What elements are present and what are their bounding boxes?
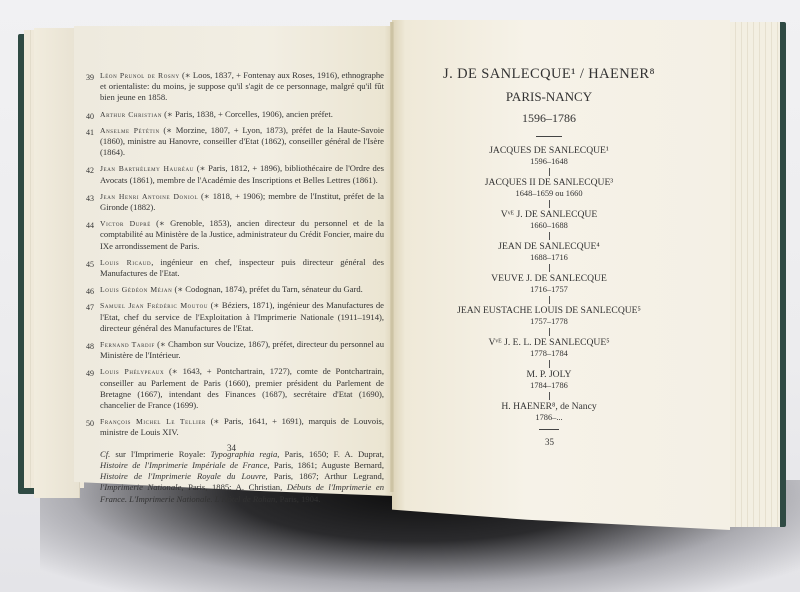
page-stack-left-inner xyxy=(34,28,80,498)
footnote-number: 46 xyxy=(86,286,94,297)
footnote-name: Samuel Jean Frédéric Moutou xyxy=(100,301,208,310)
footnote-number: 50 xyxy=(86,418,94,429)
connector-line xyxy=(549,264,550,272)
footnote-number: 39 xyxy=(86,72,94,83)
page-number-left: 34 xyxy=(227,443,236,453)
chapter-subtitle: PARIS-NANCY xyxy=(432,89,666,105)
genealogy-name: JACQUES II DE SANLECQUE³ xyxy=(432,177,666,188)
genealogy-entry: Vᵛᴱ J. DE SANLECQUE1660–1688 xyxy=(432,209,666,240)
footnote-name: Louis Phélypeaux xyxy=(100,367,164,376)
cf-text: , Paris, 1861; Auguste Bernard, xyxy=(267,460,384,470)
cf-text: , Paris, 1904. xyxy=(275,494,320,504)
footnote-entry: 44Victor Dupré (∗ Grenoble, 1853), ancie… xyxy=(88,218,384,252)
cf-text: , Paris, 1650; F. A. Duprat, xyxy=(277,449,384,459)
page-number-right: 35 xyxy=(545,437,554,447)
genealogy-name: Vᵛᴱ J. DE SANLECQUE xyxy=(432,209,666,220)
footnote-entry: 47Samuel Jean Frédéric Moutou (∗ Béziers… xyxy=(88,300,384,334)
footnote-entry: 45Louis Ricaud, ingénieur en chef, inspe… xyxy=(88,257,384,279)
right-page-text: J. DE SANLECQUE¹ / HAENER⁸ PARIS-NANCY 1… xyxy=(432,66,666,430)
footnote-entry: 49Louis Phélypeaux (∗ 1643, + Pontchartr… xyxy=(88,366,384,411)
genealogy-entry: JEAN DE SANLECQUE⁴1688–1716 xyxy=(432,241,666,272)
footnote-entry: 43Jean Henri Antoine Doniol (∗ 1818, + 1… xyxy=(88,191,384,213)
cf-title: Histoire de l'Imprimerie Impériale de Fr… xyxy=(100,460,267,470)
genealogy-entry: Vᵛᴱ J. E. L. DE SANLECQUE⁵1778–1784 xyxy=(432,337,666,368)
footnote-text: (∗ Paris, 1838, + Corcelles, 1906), anci… xyxy=(162,109,333,119)
footnote-number: 48 xyxy=(86,341,94,352)
footnote-entry: 39Léon Prunol de Rosny (∗ Loos, 1837, + … xyxy=(88,70,384,104)
connector-line xyxy=(549,168,550,176)
footnote-name: Louis Gédéon Méjan xyxy=(100,285,172,294)
footnote-number: 43 xyxy=(86,193,94,204)
connector-line xyxy=(549,232,550,240)
genealogy-years: 1660–1688 xyxy=(432,220,666,231)
genealogy-years: 1778–1784 xyxy=(432,348,666,359)
cf-title: Histoire de l'Imprimerie Royale du Louvr… xyxy=(100,471,266,481)
footnote-name: Fernand Tardif xyxy=(100,340,155,349)
genealogy-name: M. P. JOLY xyxy=(432,369,666,380)
footnote-name: François Michel Le Tellier xyxy=(100,417,206,426)
footnote-entry: 41Anselme Pététin (∗ Morzine, 1807, + Ly… xyxy=(88,125,384,159)
cf-title: l'Imprimerie Nationale xyxy=(100,482,181,492)
genealogy-entry: VEUVE J. DE SANLECQUE1716–1757 xyxy=(432,273,666,304)
footnote-number: 41 xyxy=(86,127,94,138)
left-page-text: 39Léon Prunol de Rosny (∗ Loos, 1837, + … xyxy=(88,70,384,505)
divider-rule xyxy=(536,136,562,137)
connector-line xyxy=(549,328,550,336)
genealogy-years: 1716–1757 xyxy=(432,284,666,295)
cf-text: , Paris, 1885; A. Christian, xyxy=(181,482,286,492)
genealogy-years: 1688–1716 xyxy=(432,252,666,263)
footnote-number: 49 xyxy=(86,368,94,379)
footnote-entry: 50François Michel Le Tellier (∗ Paris, 1… xyxy=(88,416,384,438)
genealogy-entry: JACQUES II DE SANLECQUE³1648–1659 ou 166… xyxy=(432,177,666,208)
footnote-number: 45 xyxy=(86,259,94,270)
footnote-name: Jean Barthélemy Hauréau xyxy=(100,164,194,173)
genealogy-name: Vᵛᴱ J. E. L. DE SANLECQUE⁵ xyxy=(432,337,666,348)
footnote-entry: 46Louis Gédéon Méjan (∗ Codognan, 1874),… xyxy=(88,284,384,295)
footnote-name: Léon Prunol de Rosny xyxy=(100,71,180,80)
footnote-number: 40 xyxy=(86,111,94,122)
end-rule xyxy=(539,429,559,430)
bibliography-note: Cf. sur l'Imprimerie Royale: Typographia… xyxy=(88,449,384,505)
connector-line xyxy=(549,200,550,208)
footnote-entry: 40Arthur Christian (∗ Paris, 1838, + Cor… xyxy=(88,109,384,120)
footnote-number: 42 xyxy=(86,165,94,176)
cf-title: Typographia regia xyxy=(211,449,278,459)
footnote-number: 47 xyxy=(86,302,94,313)
footnote-text: (∗ Codognan, 1874), préfet du Tarn, séna… xyxy=(172,284,363,294)
genealogy-name: JEAN EUSTACHE LOUIS DE SANLECQUE⁵ xyxy=(432,305,666,316)
genealogy-entry: JEAN EUSTACHE LOUIS DE SANLECQUE⁵1757–17… xyxy=(432,305,666,336)
genealogy-name: JEAN DE SANLECQUE⁴ xyxy=(432,241,666,252)
connector-line xyxy=(549,392,550,400)
footnote-name: Jean Henri Antoine Doniol xyxy=(100,192,198,201)
genealogy-years: 1784–1786 xyxy=(432,380,666,391)
chapter-title: J. DE SANLECQUE¹ / HAENER⁸ xyxy=(432,66,666,83)
footnote-name: Victor Dupré xyxy=(100,219,151,228)
cf-text: sur l'Imprimerie Royale: xyxy=(110,449,210,459)
genealogy-entry: M. P. JOLY1784–1786 xyxy=(432,369,666,400)
footnote-name: Louis Ricaud xyxy=(100,258,151,267)
genealogy-years: 1648–1659 ou 1660 xyxy=(432,188,666,199)
genealogy-years: 1786–... xyxy=(432,412,666,423)
footnote-entry: 48Fernand Tardif (∗ Chambon sur Voucize,… xyxy=(88,339,384,361)
genealogy-years: 1757–1778 xyxy=(432,316,666,327)
footnote-number: 44 xyxy=(86,220,94,231)
book-gutter xyxy=(390,22,394,492)
connector-line xyxy=(549,360,550,368)
footnote-entry: 42Jean Barthélemy Hauréau (∗ Paris, 1812… xyxy=(88,163,384,185)
chapter-years: 1596–1786 xyxy=(432,111,666,126)
genealogy-years: 1596–1648 xyxy=(432,156,666,167)
footnote-name: Anselme Pététin xyxy=(100,126,160,135)
genealogy-entry: JACQUES DE SANLECQUE¹1596–1648 xyxy=(432,145,666,176)
genealogy-name: VEUVE J. DE SANLECQUE xyxy=(432,273,666,284)
genealogy-entry: H. HAENER⁸, de Nancy1786–... xyxy=(432,401,666,423)
connector-line xyxy=(549,296,550,304)
cf-label: Cf. xyxy=(100,449,110,459)
genealogy-name: JACQUES DE SANLECQUE¹ xyxy=(432,145,666,156)
footnote-name: Arthur Christian xyxy=(100,110,162,119)
cf-text: , Paris, 1867; Arthur Legrand, xyxy=(266,471,384,481)
genealogy-name: H. HAENER⁸, de Nancy xyxy=(432,401,666,412)
